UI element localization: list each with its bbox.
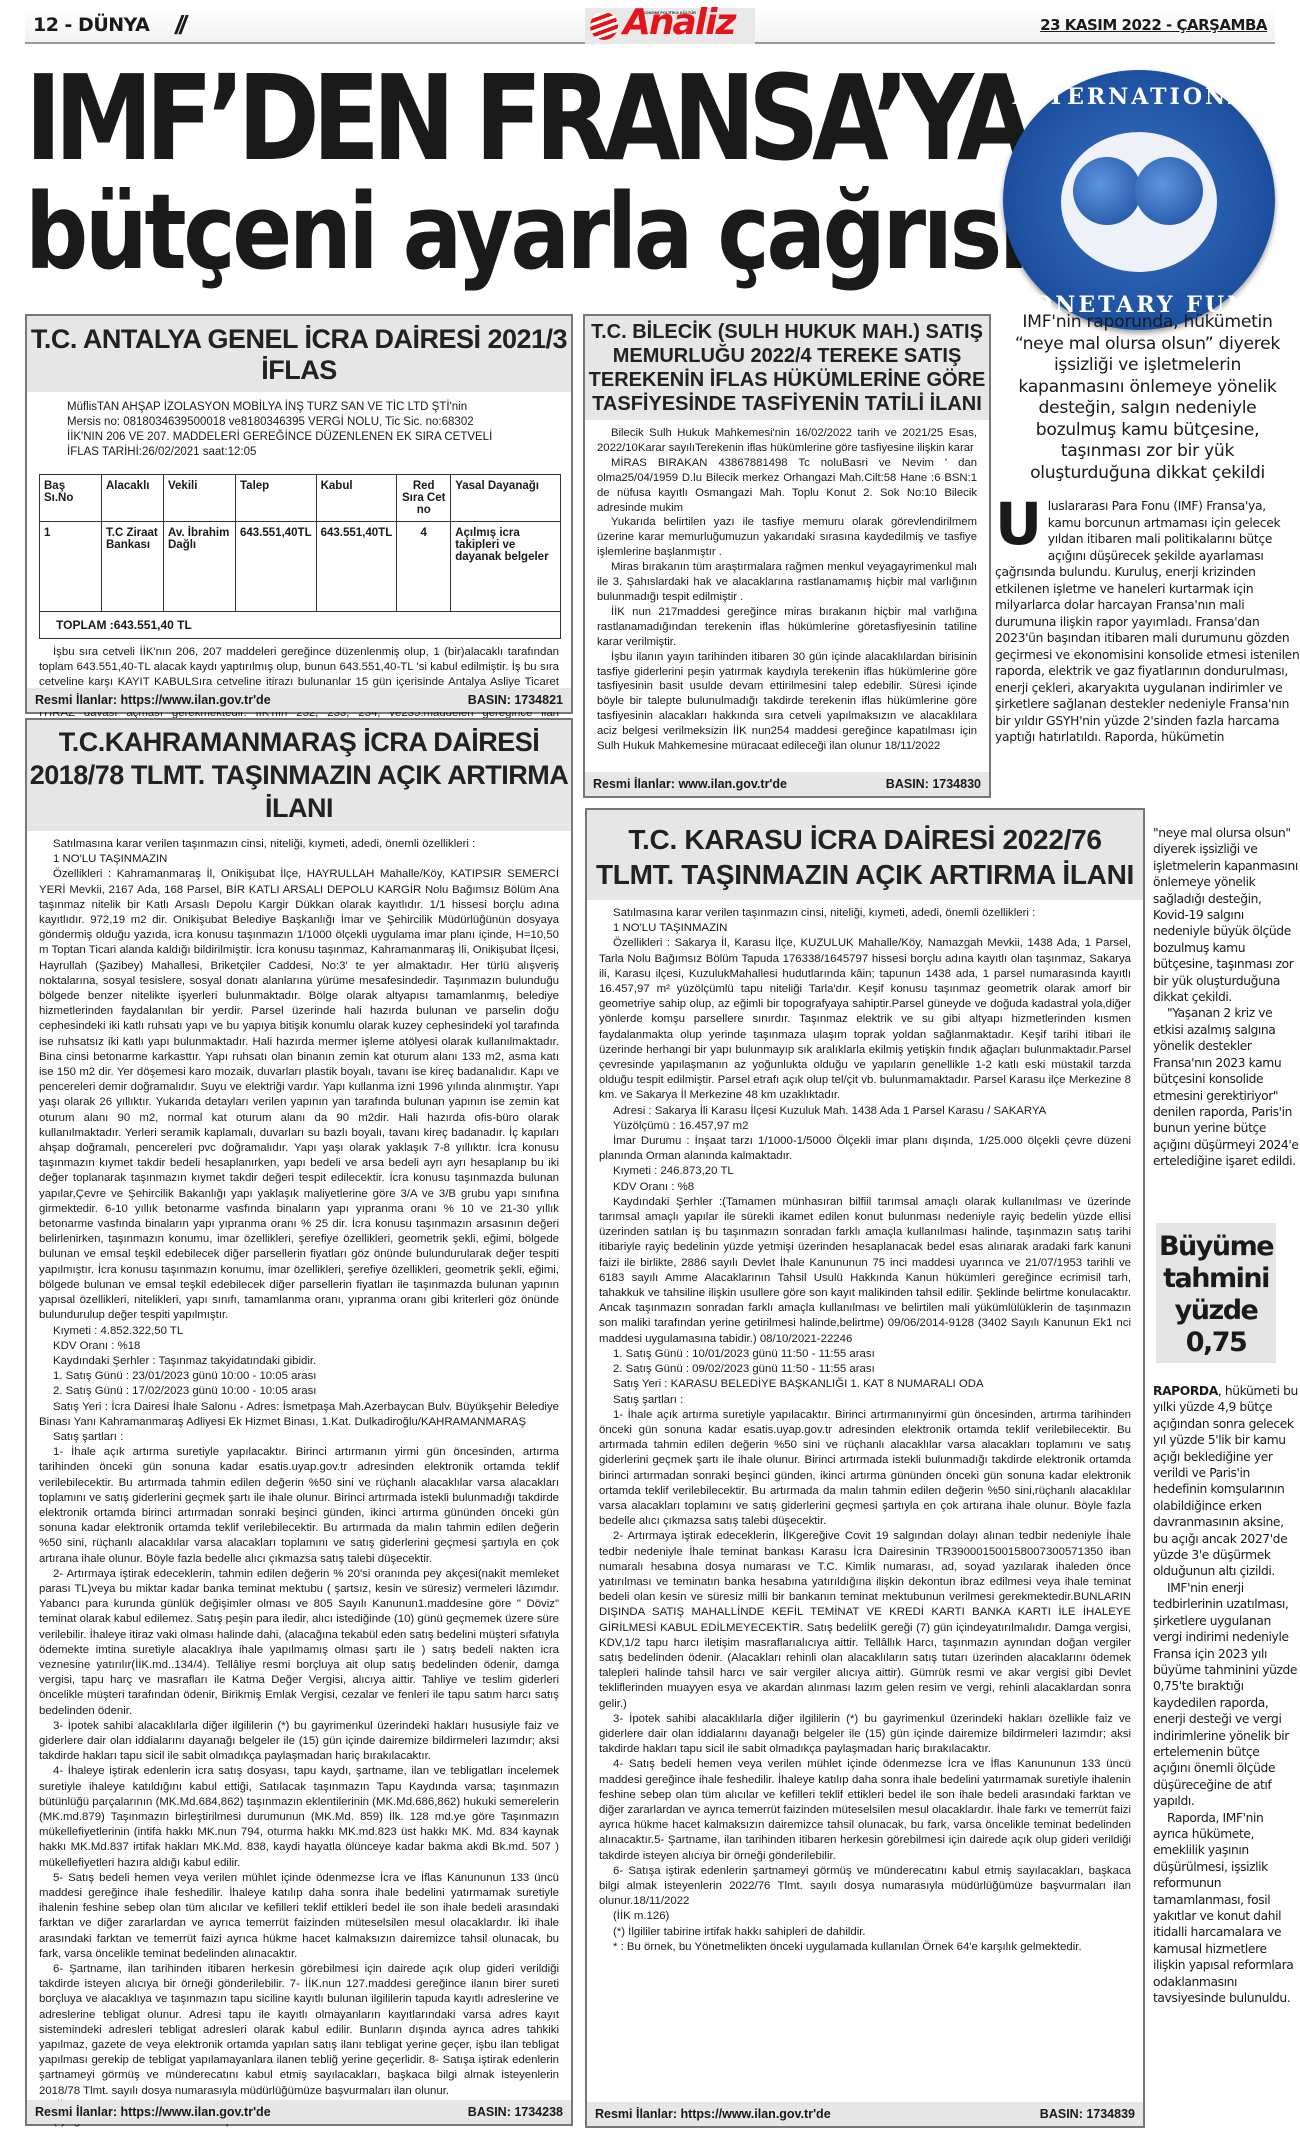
body-paragraph: İİK nun 217maddesi gereğince miras bırak…	[597, 605, 977, 650]
notice-body: Bilecik Sulh Hukuk Mahkemesi'nin 16/02/2…	[585, 420, 989, 754]
value-kdv: KDV Oranı : %18	[39, 1339, 559, 1354]
ilan-link[interactable]: Resmi İlanlar: https://www.ilan.gov.tr'd…	[595, 2107, 831, 2121]
table-cell: Açılmış icra takipleri ve dayanak belgel…	[451, 522, 561, 612]
notice-footer: Resmi İlanlar: https://www.ilan.gov.tr'd…	[587, 2102, 1143, 2126]
article-paragraph: "Yaşanan 2 kriz ve etkisi azalmış salgın…	[1153, 1005, 1300, 1169]
issue-date: 23 KASIM 2022 - ÇARŞAMBA	[1040, 16, 1267, 34]
headline-line-2: bütçeni ayarla çağrısı	[25, 176, 858, 288]
property-area: Yüzölçümü : 16.457,97 m2	[599, 1119, 1131, 1134]
intro-line: Mersis no: 0818034639500018 ve8180346395…	[67, 415, 571, 430]
notice-footer: Resmi İlanlar: www.ilan.gov.tr'de BASIN:…	[585, 772, 989, 796]
column-header: Talep	[236, 475, 317, 522]
notice-karasu: T.C. KARASU İCRA DAİRESİ 2022/76 TLMT. T…	[585, 808, 1145, 2128]
column-header: Alacaklı	[102, 475, 164, 522]
body-paragraph: Satılmasına karar verilen taşınmazın cin…	[599, 906, 1131, 921]
body-paragraph: 2- Artırmaya iştirak edeceklerin, tahmin…	[39, 1567, 559, 1719]
body-paragraph: * : Bu örnek, bu Yönetmelikten önceki uy…	[599, 1940, 1131, 1955]
notice-title: T.C. BİLECİK (SULH HUKUK MAH.) SATIŞ MEM…	[585, 316, 989, 420]
body-paragraph: 1- İhale açık artırma suretiyle yapılaca…	[599, 1408, 1131, 1530]
basin-number: BASIN: 1734821	[468, 693, 563, 707]
basin-number: BASIN: 1734839	[1040, 2107, 1135, 2121]
sale-date-1: 1. Satış Günü : 10/01/2023 günü 11:50 - …	[599, 1347, 1131, 1362]
table-cell: Av. İbrahim Dağlı	[164, 522, 236, 612]
article-paragraph: RAPORDA, hükümeti bu yılki yüzde 4,9 büt…	[1153, 1383, 1300, 1580]
notice-footer: Resmi İlanlar: https://www.ilan.gov.tr'd…	[27, 2100, 571, 2124]
analiz-logo: EKONOMİ POLİTİKA KÜLTÜR Analiz	[585, 8, 755, 44]
notice-intro: MüflisTAN AHŞAP İZOLASYON MOBİLYA İNŞ TU…	[27, 392, 571, 460]
creditor-table: Baş Sı.No Alacaklı Vekili Talep Kabul Re…	[39, 474, 561, 612]
body-paragraph: Satış şartları :	[39, 1430, 559, 1445]
notice-bilecik: T.C. BİLECİK (SULH HUKUK MAH.) SATIŞ MEM…	[583, 314, 991, 798]
body-paragraph: 4- İhaleye iştirak edenlerin icra satış …	[39, 1764, 559, 1870]
ilan-link[interactable]: Resmi İlanlar: https://www.ilan.gov.tr'd…	[35, 693, 271, 707]
table-row: 1 T.C Ziraat Bankası Av. İbrahim Dağlı 6…	[40, 522, 561, 612]
body-paragraph: (İİK m.126)	[599, 1909, 1131, 1924]
value-kdv: KDV Oranı : %8	[599, 1180, 1131, 1195]
seal-emblem	[1061, 132, 1217, 272]
ilan-link[interactable]: Resmi İlanlar: www.ilan.gov.tr'de	[593, 777, 787, 791]
notice-footer: Resmi İlanlar: https://www.ilan.gov.tr'd…	[27, 688, 571, 712]
body-paragraph: 4- Satış bedeli hemen veya verilen mühle…	[599, 1757, 1131, 1863]
headline: IMF’DEN FRANSA’YA bütçeni ayarla çağrısı	[25, 60, 1005, 288]
body-paragraph: Yukarıda belirtilen yazı ile tasfiye mem…	[597, 515, 977, 560]
basin-number: BASIN: 1734830	[886, 777, 981, 791]
property-address: Adresi : Sakarya İli Karasu İlçesi Kuzul…	[599, 1104, 1131, 1119]
table-cell: 643.551,40TL	[236, 522, 317, 612]
notice-body: Satılmasına karar verilen taşınmazın cin…	[587, 900, 1143, 1955]
article-paragraph: "neye mal olursa olsun" diyerek işsizliğ…	[1153, 825, 1300, 1005]
body-paragraph: 1 NO'LU TAŞINMAZIN	[39, 852, 559, 867]
section-mark: //	[175, 10, 183, 41]
logo-globe-icon	[590, 12, 618, 40]
body-paragraph: Satılmasına karar verilen taşınmazın cin…	[39, 837, 559, 852]
article-lede: U luslararası Para Fonu (IMF) Fransa'ya,…	[995, 498, 1300, 746]
pull-quote-box: Büyüme tahmini yüzde 0,75	[1156, 1223, 1276, 1363]
sale-location: Satış Yeri : KARASU BELEDİYE BAŞKANLIĞI …	[599, 1377, 1131, 1392]
drop-cap: U	[995, 500, 1042, 548]
zoning-status: İmar Durumu : İnşaat tarzı 1/1000-1/5000…	[599, 1134, 1131, 1164]
column-header: Red Sıra Cet no	[397, 475, 451, 522]
body-paragraph: İşbu ilanın yayın tarihinden itibaren 30…	[597, 650, 977, 754]
value-kiymet: Kıymeti : 4.852.322,50 TL	[39, 1324, 559, 1339]
body-paragraph: Kaydındaki Şerhler : Taşınmaz takyidatın…	[39, 1354, 559, 1369]
globe-icon	[1073, 157, 1141, 225]
notice-antalya: T.C. ANTALYA GENEL İCRA DAİRESİ 2021/3 İ…	[25, 314, 573, 714]
masthead: 12 - DÜNYA // EKONOMİ POLİTİKA KÜLTÜR An…	[25, 8, 1275, 44]
body-paragraph: 1- İhale açık artırma suretiyle yapılaca…	[39, 1445, 559, 1567]
ilan-link[interactable]: Resmi İlanlar: https://www.ilan.gov.tr'd…	[35, 2105, 271, 2119]
table-cell: 643.551,40TL	[316, 522, 397, 612]
seal-top-text: INTERNATIONAL	[1003, 84, 1275, 110]
page-section-label: 12 - DÜNYA	[33, 14, 149, 36]
paragraph-text: , hükümeti bu yılki yüzde 4,9 bütçe açığ…	[1153, 1384, 1298, 1578]
intro-line: İİK'NIN 206 VE 207. MADDELERİ GEREĞİNCE …	[67, 430, 571, 445]
body-paragraph: 3- İpotek sahibi alacaklılarla diğer ilg…	[39, 1719, 559, 1765]
sale-date-2: 2. Satış Günü : 17/02/2023 günü 10:00 - …	[39, 1384, 559, 1399]
body-paragraph: 3- İpotek sahibi alacaklılarla diğer ilg…	[599, 1712, 1131, 1758]
article-deck: IMF'nin raporunda, hükümetin “neye mal o…	[995, 312, 1300, 484]
body-paragraph: Satış şartları :	[599, 1393, 1131, 1408]
column-header: Vekili	[164, 475, 236, 522]
column-header: Kabul	[316, 475, 397, 522]
body-paragraph: 6- Şartname, ilan tarihinden itibaren he…	[39, 1962, 559, 2099]
logo-text: Analiz	[623, 2, 734, 43]
article-paragraph: Raporda, IMF'nin ayrıca hükümete, emekli…	[1153, 1810, 1300, 2007]
table-cell: T.C Ziraat Bankası	[102, 522, 164, 612]
body-paragraph: Miras bırakanın tüm araştırmalara rağmen…	[597, 560, 977, 605]
news-article: IMF'nin raporunda, hükümetin “neye mal o…	[995, 312, 1300, 746]
body-paragraph: (*) İlgililer tabirine irtifak hakkı sah…	[599, 1925, 1131, 1940]
column-header: Yasal Dayanağı	[451, 475, 561, 522]
article-column-top: "neye mal olursa olsun" diyerek işsizliğ…	[1153, 825, 1300, 1170]
intro-line: MüflisTAN AHŞAP İZOLASYON MOBİLYA İNŞ TU…	[67, 400, 571, 415]
notice-title: T.C. KARASU İCRA DAİRESİ 2022/76 TLMT. T…	[587, 810, 1143, 900]
imf-seal-image: INTERNATIONAL MONETARY FUND	[1003, 70, 1275, 330]
globe-icon	[1135, 157, 1203, 225]
notice-title: T.C. ANTALYA GENEL İCRA DAİRESİ 2021/3 İ…	[27, 316, 571, 392]
table-cell: 4	[397, 522, 451, 612]
sale-location: Satış Yeri : İcra Dairesi İhale Salonu -…	[39, 1400, 559, 1430]
table-cell: 1	[40, 522, 102, 612]
value-kiymet: Kıymeti : 246.873,20 TL	[599, 1164, 1131, 1179]
table-header-row: Baş Sı.No Alacaklı Vekili Talep Kabul Re…	[40, 475, 561, 522]
body-paragraph: Bilecik Sulh Hukuk Mahkemesi'nin 16/02/2…	[597, 426, 977, 456]
notice-title: T.C.KAHRAMANMARAŞ İCRA DAİRESİ 2018/78 T…	[27, 720, 571, 831]
intro-line: İFLAS TARİHİ:26/02/2021 saat:12:05	[67, 445, 571, 460]
notice-kahramanmaras: T.C.KAHRAMANMARAŞ İCRA DAİRESİ 2018/78 T…	[25, 718, 573, 2126]
sale-date-2: 2. Satış Günü : 09/02/2023 günü 11:50 - …	[599, 1362, 1131, 1377]
body-paragraph: 5- Satış bedeli hemen veya verilen mühle…	[39, 1871, 559, 1962]
article-paragraph: IMF'nin enerji tedbirlerinin uzatılması,…	[1153, 1580, 1300, 1810]
article-column-bottom: RAPORDA, hükümeti bu yılki yüzde 4,9 büt…	[1153, 1383, 1300, 2006]
body-paragraph: Özellikleri : Sakarya İl, Karasu İlçe, K…	[599, 936, 1131, 1103]
body-paragraph: Kaydındaki Şerhler :(Tamamen münhasıran …	[599, 1195, 1131, 1347]
sale-date-1: 1. Satış Günü : 23/01/2023 günü 10:00 - …	[39, 1369, 559, 1384]
body-paragraph: 2- Artırmaya iştirak edeceklerin, İlKger…	[599, 1529, 1131, 1711]
body-paragraph: Özellikleri : Kahramanmaraş İl, Onikişub…	[39, 867, 559, 1323]
notice-body: Satılmasına karar verilen taşınmazın cin…	[27, 831, 571, 2129]
column-header: Baş Sı.No	[40, 475, 102, 522]
body-paragraph: MİRAS BIRAKAN 43867881498 Tc noluBasri v…	[597, 456, 977, 516]
body-paragraph: 6- Satışa iştirak edenlerin şartnameyi g…	[599, 1864, 1131, 1910]
paragraph-lead: RAPORDA	[1153, 1384, 1218, 1398]
headline-line-1: IMF’DEN FRANSA’YA	[25, 60, 848, 176]
basin-number: BASIN: 1734238	[468, 2105, 563, 2119]
body-paragraph: 1 NO'LU TAŞINMAZIN	[599, 921, 1131, 936]
table-total: TOPLAM :643.551,40 TL	[39, 612, 561, 639]
